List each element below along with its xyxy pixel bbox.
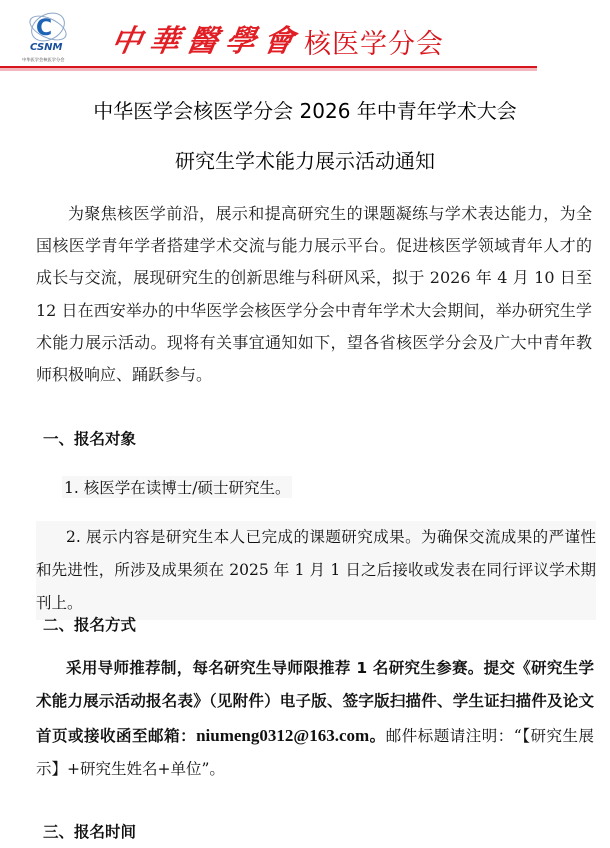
logo-mark: C [36,16,52,41]
branch-name: 核医学分会 [304,22,444,61]
header-divider-shadow [0,68,537,71]
letterhead: C CSNM 中华医学会核医学分会 中華醫學會 核医学分会 [0,0,610,75]
punctuation: 。 [369,727,386,745]
logo-acronym: CSNM [30,42,63,53]
registration-method-paragraph: 采用导师推荐制，每名研究生导师限推荐 1 名研究生参赛。提交《研究生学 术能力展… [36,652,594,786]
document-subtitle: 研究生学术能力展示活动通知 [0,145,610,174]
document-title: 中华医学会核医学分会 2026 年中青年学术大会 [0,95,610,124]
section-heading-registration-time: 三、报名时间 [43,820,136,842]
section-heading-eligibility: 一、报名对象 [43,427,136,449]
eligibility-item-1: 1. 核医学在读博士/硕士研究生。 [62,476,292,498]
section-heading-registration-method: 二、报名方式 [43,613,136,635]
logo-subtitle: 中华医学会核医学分会 [22,57,66,63]
calligraphy-society-name: 中華醫學會 [108,16,306,60]
intro-paragraph: 为聚焦核医学前沿，展示和提高研究生的课题凝练与学术表达能力，为全国核医学青年学者… [36,198,592,391]
eligibility-item-2: 2. 展示内容是研究生本人已完成的课题研究成果。为确保交流成果的严谨性和先进性，… [36,521,596,620]
registration-email-link[interactable]: niumeng0312@163.com [196,726,369,745]
csnm-logo: C CSNM 中华医学会核医学分会 [22,12,74,68]
